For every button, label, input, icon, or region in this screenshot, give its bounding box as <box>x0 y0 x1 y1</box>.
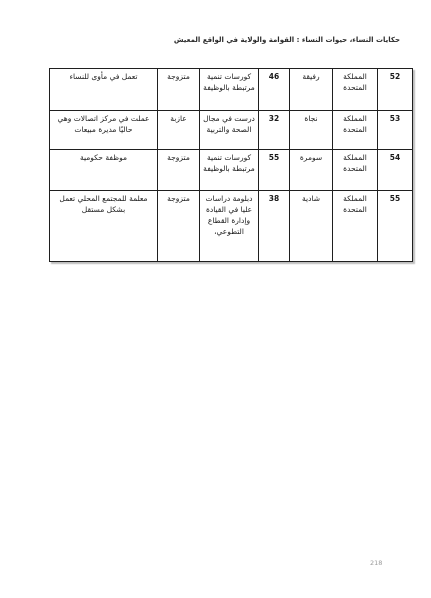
cell-marital-status: متزوجة <box>158 69 200 111</box>
cell-country: المملكة المتحدة <box>333 111 378 150</box>
cell-id: 53 <box>378 111 413 150</box>
cell-occupation: تعمل في مأوى للنساء <box>50 69 158 111</box>
table-row: 52 المملكة المتحدة رفيقة 46 كورسات تنمية… <box>50 69 413 111</box>
cell-id: 55 <box>378 191 413 262</box>
cell-name: رفيقة <box>290 69 333 111</box>
cell-age: 38 <box>259 191 290 262</box>
cell-occupation: موظفة حكومية <box>50 150 158 191</box>
cell-country: المملكة المتحدة <box>333 191 378 262</box>
cell-education: كورسات تنمية مرتبطة بالوظيفة <box>200 150 259 191</box>
cell-name: نجاة <box>290 111 333 150</box>
cell-education: دبلومة دراسات عليا في القيادة وإدارة الق… <box>200 191 259 262</box>
table-row: 54 المملكة المتحدة سومرة 55 كورسات تنمية… <box>50 150 413 191</box>
cell-age: 55 <box>259 150 290 191</box>
cell-education: درست في مجال الصحة والتربية <box>200 111 259 150</box>
table-row: 53 المملكة المتحدة نجاة 32 درست في مجال … <box>50 111 413 150</box>
cell-name: شادية <box>290 191 333 262</box>
cell-education: كورسات تنمية مرتبطة بالوظيفة <box>200 69 259 111</box>
cell-age: 46 <box>259 69 290 111</box>
page-number: 218 <box>370 559 382 567</box>
cell-occupation: عملت في مركز اتصالات وهي حاليًا مديرة مب… <box>50 111 158 150</box>
cell-name: سومرة <box>290 150 333 191</box>
table-row: 55 المملكة المتحدة شادية 38 دبلومة دراسا… <box>50 191 413 262</box>
cell-marital-status: متزوجة <box>158 191 200 262</box>
document-page: حكايات النساء، حيوات النساء : القوامة وا… <box>0 0 431 598</box>
cell-country: المملكة المتحدة <box>333 69 378 111</box>
cell-id: 54 <box>378 150 413 191</box>
cell-country: المملكة المتحدة <box>333 150 378 191</box>
participants-table: 52 المملكة المتحدة رفيقة 46 كورسات تنمية… <box>49 68 413 262</box>
running-header-title: حكايات النساء، حيوات النساء : القوامة وا… <box>174 36 400 44</box>
cell-id: 52 <box>378 69 413 111</box>
cell-age: 32 <box>259 111 290 150</box>
cell-marital-status: عازبة <box>158 111 200 150</box>
cell-marital-status: متزوجة <box>158 150 200 191</box>
cell-occupation: معلمة للمجتمع المحلي تعمل بشكل مستقل <box>50 191 158 262</box>
